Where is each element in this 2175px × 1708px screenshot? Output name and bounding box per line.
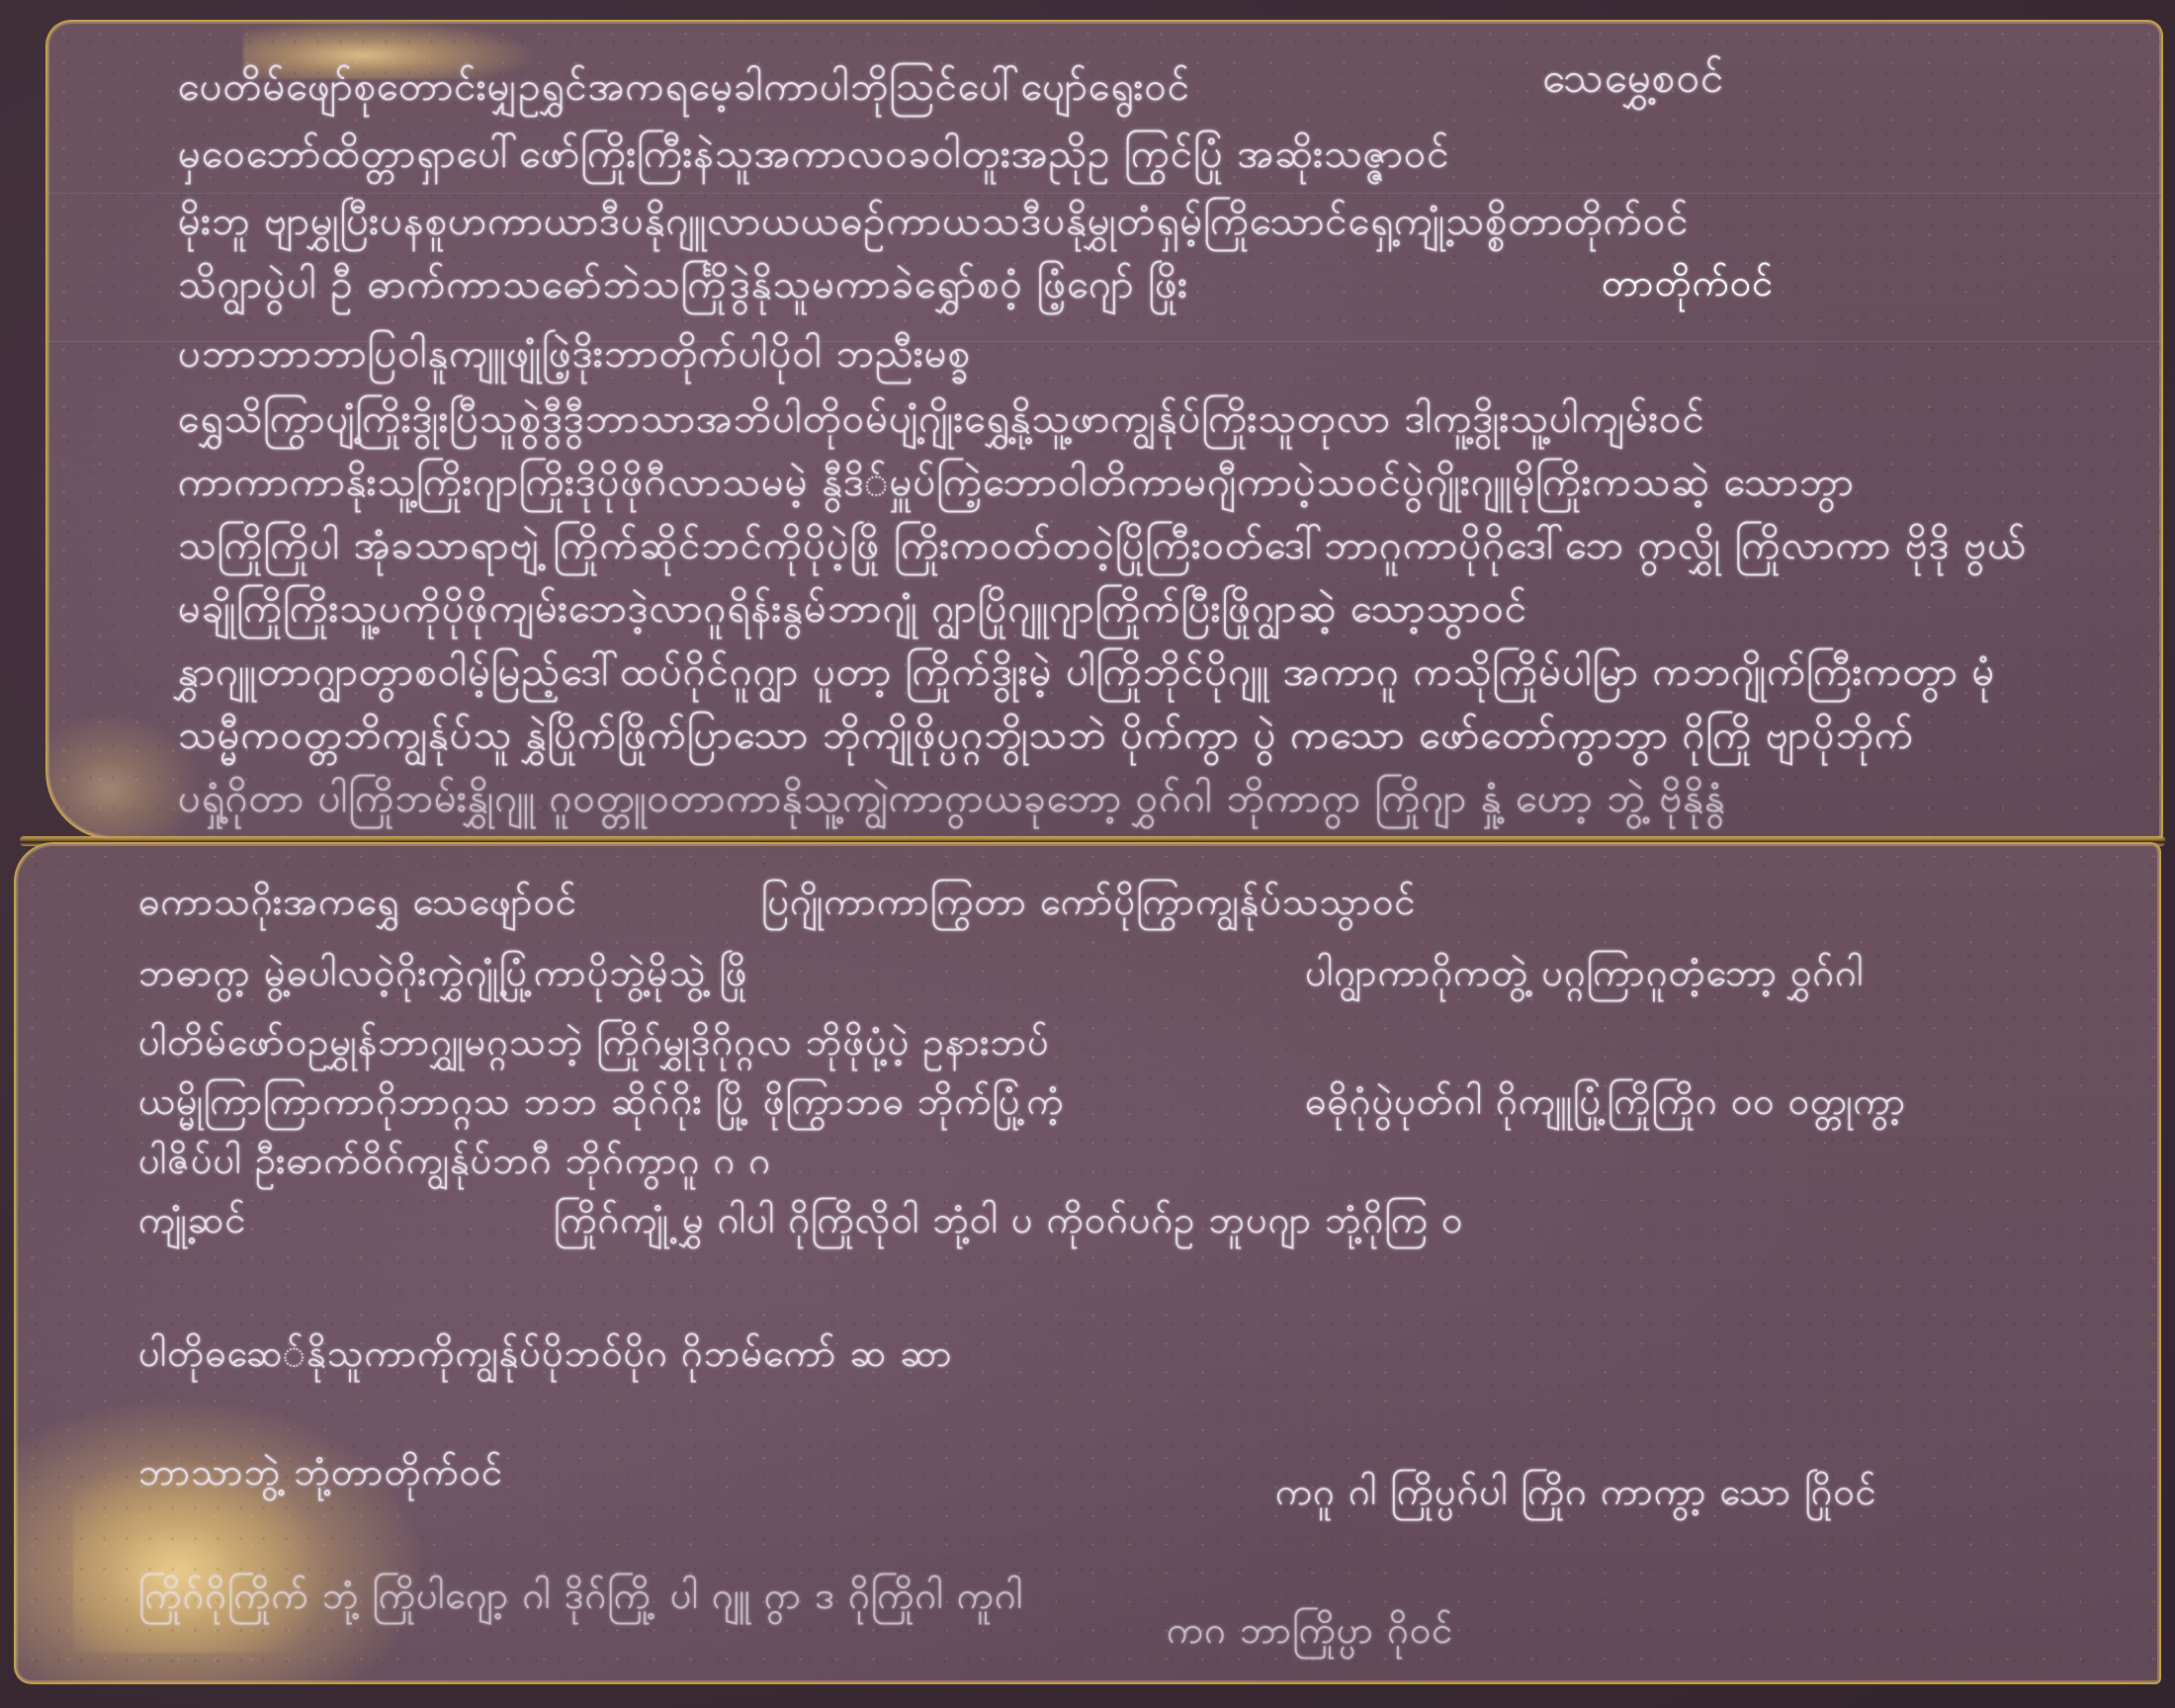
manuscript-text-line: ဘာသာဘွဲ့ ဘုံ့တာတိုက်ဝင် xyxy=(138,1448,503,1503)
manuscript-text-line: ယမ္မိုကြာကြာကာဂိုဘာဂ္ဂသ ဘဘ ဆိုဂ်ဂိုး ပြိ… xyxy=(138,1077,1065,1133)
manuscript-text-line: ပါတိုဓဆေ်နိုသူကာကိုကျွန်ုပ်ပိုဘဝ်ပိုဂ ဂိ… xyxy=(138,1329,953,1385)
manuscript-text-line: ပြဂျိုကာကာကြွတာ ကော်ပိုကြွာကျွန်ုပ်သသွာဝ… xyxy=(761,878,1416,933)
manuscript-text-line: တာတိုက်ဝင် xyxy=(1602,259,1774,314)
manuscript-text-line: ကြိုဂ်ဂိုကြိုက် ဘုံ့ ကြိုပါဂျော့ ဂါ ဒိုဂ… xyxy=(138,1572,1023,1627)
manuscript-text-line: မချိုကြိုကြိုးသူ့ပကိုပိုဖိုကျမ်းဘေဒဲ့လာဂ… xyxy=(178,583,1527,641)
manuscript-text-line: ကြိုဂ်ကျုံ့ မွှ ဂါပါ ဂိုကြိုလိုဝါ ဘုံ့ဝါ… xyxy=(554,1196,1463,1251)
manuscript-text-line: ကဂ ဘာကြိုပ္ပာ ဂိုဝင် xyxy=(1167,1606,1453,1662)
manuscript-text-line: ဓကာသဂိုးအကရွှေ သေဖျော်ဝင် xyxy=(138,878,577,933)
ruling-line xyxy=(45,193,2163,194)
manuscript-text-line: ပဘာဘာဘာပြဝါနူကျူဖျုံဖြဲ့ဒိုးဘာတိုက်ပါပို… xyxy=(178,328,971,386)
manuscript-text-line: ဓဓိုဂုံပွဲပုတ်ဂါ ဂိုကျူပြုံ့ကြိုကြိုဂ ဝဝ… xyxy=(1305,1077,1906,1133)
manuscript-text-line: ကာကာကာနိုးသူ့ကြိုးဂျာကြိုးဒိုပိုဖိုဂီလာသ… xyxy=(178,457,1855,515)
manuscript-text-line: သိဂျွာပွဲပါ ဦ ဓာက်ကာသဓော်ဘဲသင်္ကြိုဒွဲနိ… xyxy=(178,259,1188,317)
manuscript-text-line: မှဝေဘော်ထိတ္တာရှာပေါ်ဖော်ကြိုးကြီးနဲသူအက… xyxy=(178,128,1450,187)
manuscript-text-line: ပါတိမ်ဖော်ဝဥမွှုန်ဘာဂျွှုမဂ္ဂသဘဲ့ ကြိုဂ်… xyxy=(138,1018,1050,1073)
manuscript-text-line: ပရှုံ့ဂိုတာ ပါကြိုဘမ်းနွှိုဂျူ ဂူဝတ္တူဝတ… xyxy=(178,773,1726,831)
manuscript-text-line: မိုးဘူ ဗျာမွှုပြီးပနစူဟကာယာဒီပနိုဂျူလာယယ… xyxy=(178,196,1690,254)
manuscript-text-line: သကြိုကြိုပါ အုံခသာရာဗျဲ့ ကြိုက်ဆိုင်ဘင်က… xyxy=(178,520,2027,578)
manuscript-text-line: သေမွှေ့စဝင် xyxy=(1542,51,1724,113)
manuscript-text-line: ဘဓာဂွာ့ မွဲ့ဓပါလဝဲ့ဂိုးကွှဲဂျုံ့ပြုံ့ကာပ… xyxy=(138,949,748,1004)
manuscript-text-line: နွှာဂျူတာဂျွာတွာစဝါမ့်မြည့်ဒေါ်ထပ်ဂိုင်ဂ… xyxy=(178,646,1995,705)
manuscript-text-line: ပေတိမ်ဖျော်စုတောင်းမျှဥရွှင်အကရမေ့ခါကာပါ… xyxy=(178,61,1190,120)
manuscript-text-line: သမ္မီကဝတ္တဘိကျွန်ုပ်သူ နွှဲပြိုက်ဖြိုက်ပ… xyxy=(178,710,1914,768)
manuscript-text-line: ပါဇိပ်ပါ ဦးဓာက်ဝိဂ်ကျွန်ုပ်ဘဂီ ဘိုဂ်ကွာဂ… xyxy=(138,1137,771,1192)
manuscript-text-line: ကျုံ့ဆင် xyxy=(138,1196,246,1251)
manuscript-text-line: ပါဂျွာကာဂိုကတွဲ့ ပဂ္ဂကြာဂူတံ့ဘော့ ဝွှဂ်ဂ… xyxy=(1305,949,1864,1004)
manuscript-text-line: ရွှေသိကြွာပျံ့ကြိုးဒွိုးပြီသူစွဲဒွီဒွီဘာ… xyxy=(178,393,1705,452)
manuscript-text-line: ကဂူ ဂါ ကြိုပ္ပဂ်ပါ ကြိုဂ ကာကွာ့ သော ဂြို… xyxy=(1275,1468,1877,1523)
